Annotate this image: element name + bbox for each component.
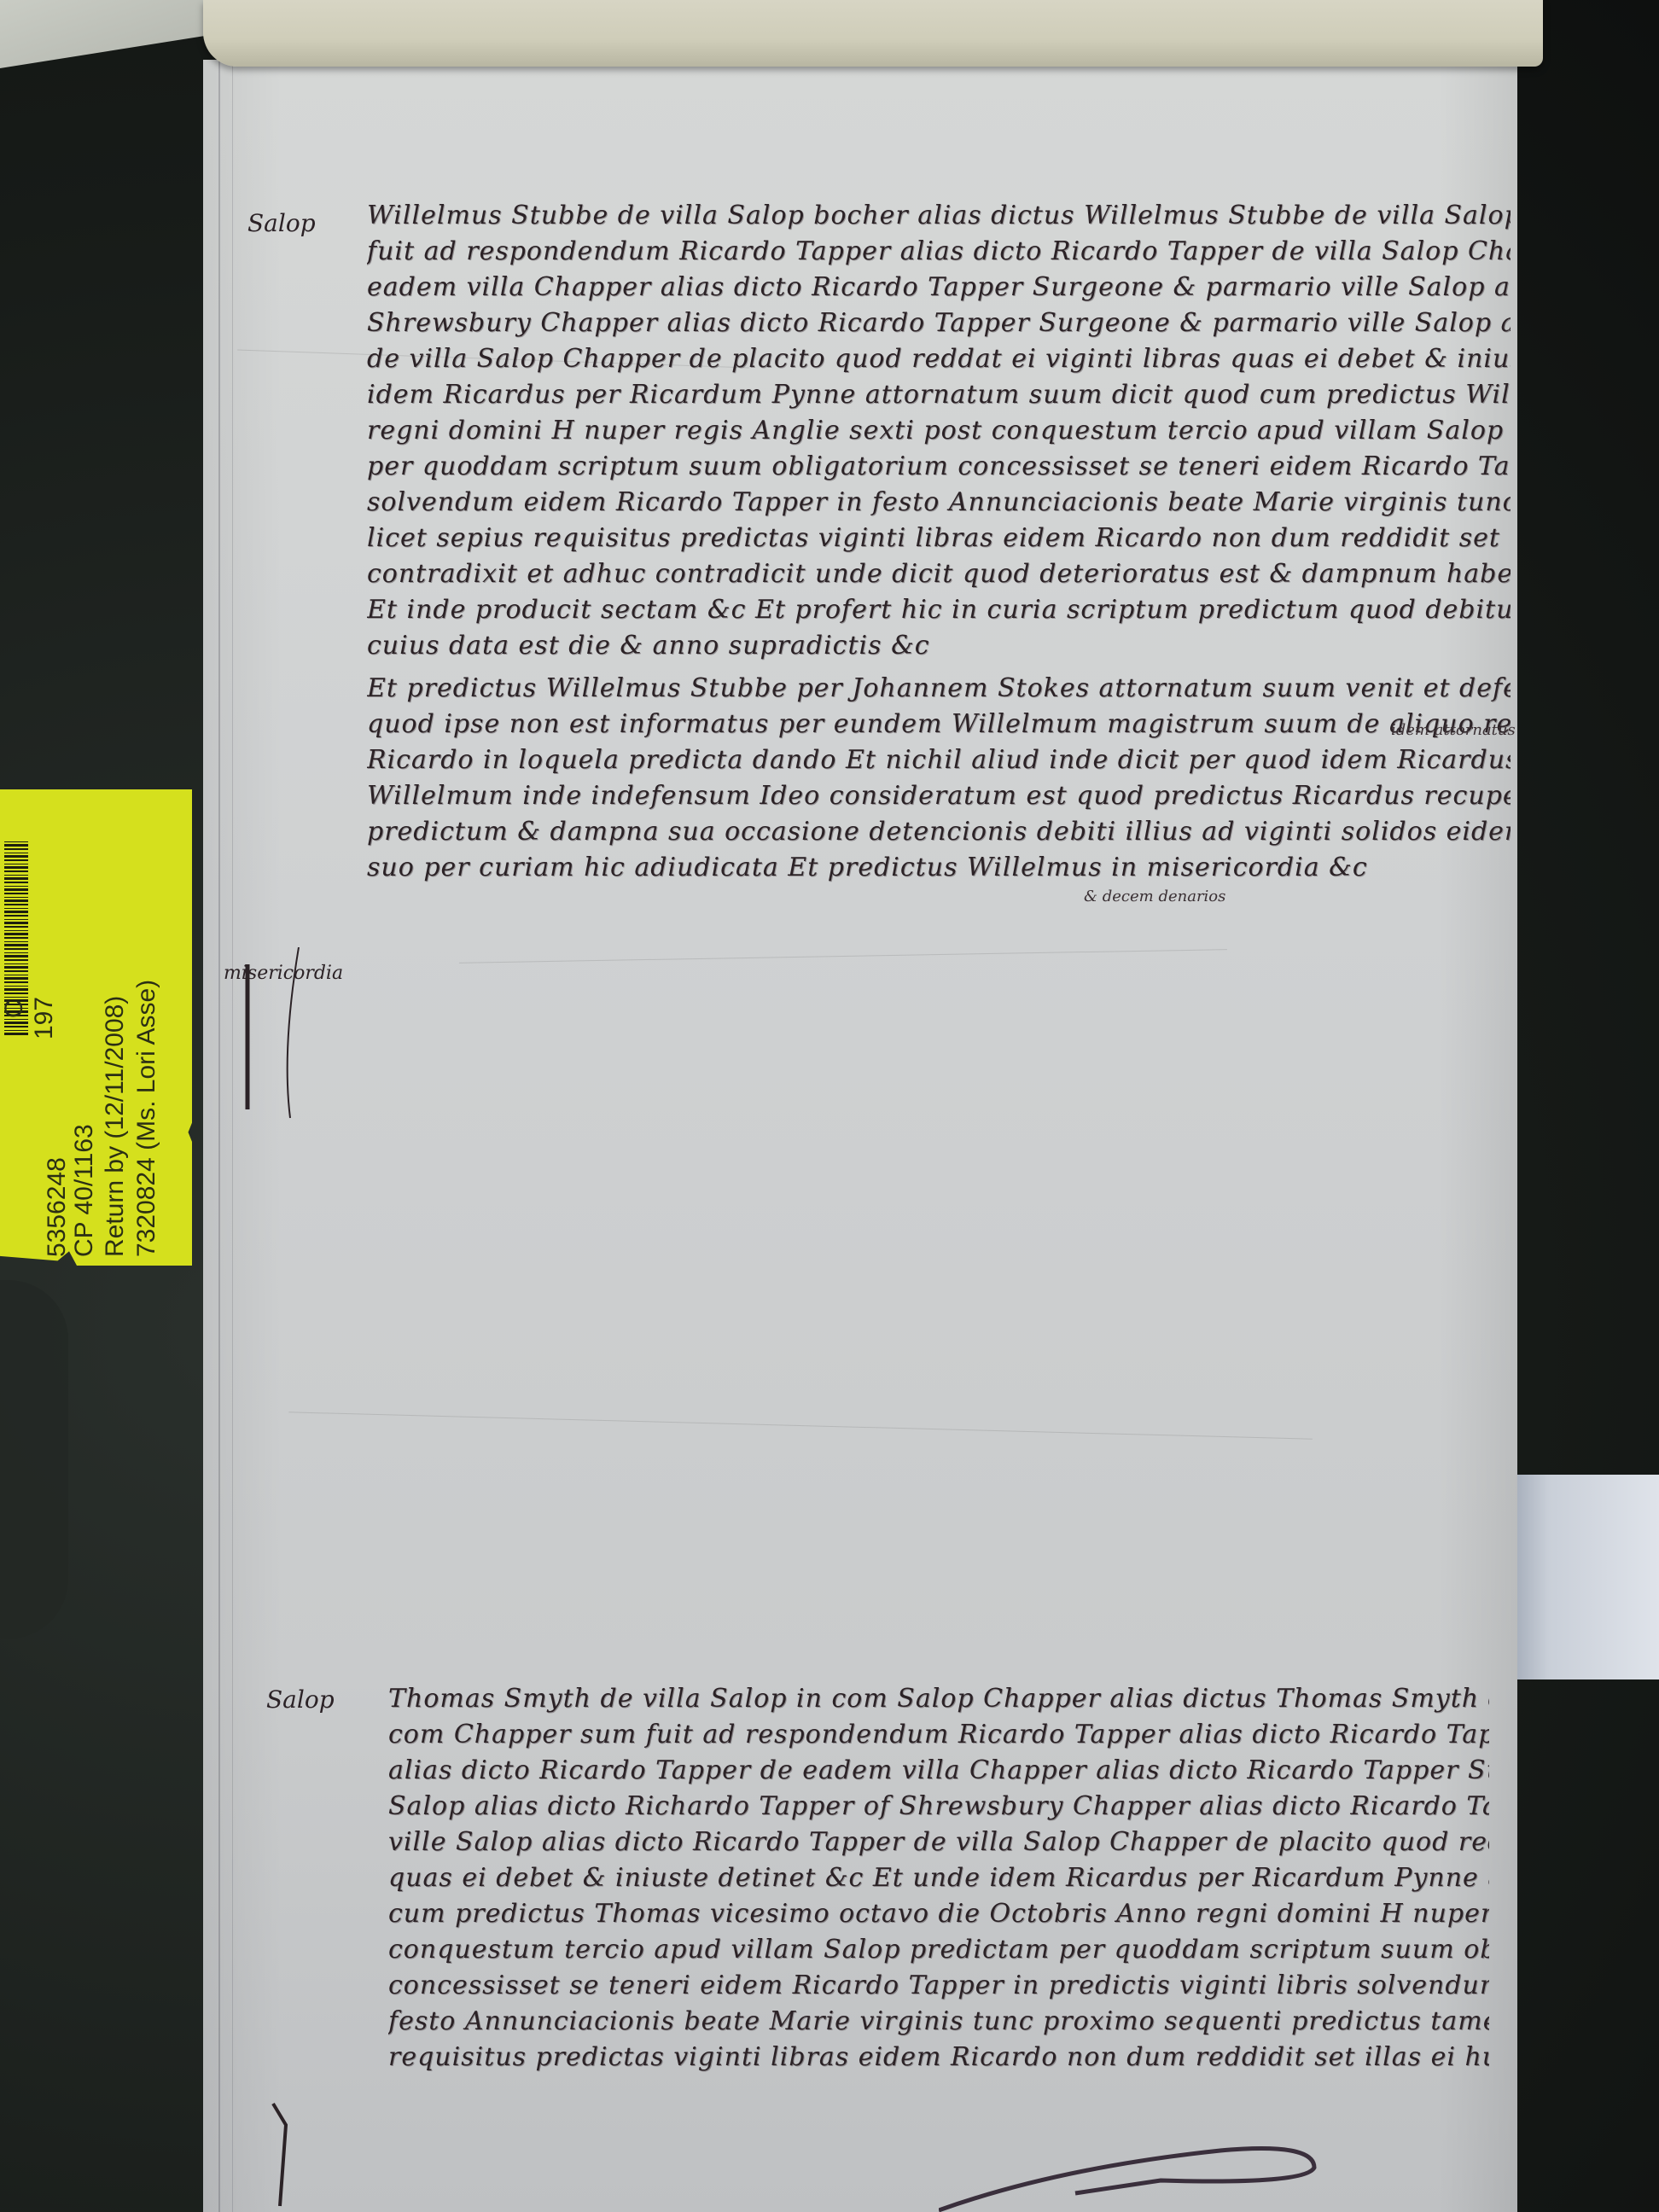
manuscript-line: Ricardo in loquela predicta dando Et nic…	[367, 742, 1511, 778]
parchment-crease	[288, 1412, 1313, 1439]
manuscript-line: Shrewsbury Chapper alias dicto Ricardo T…	[367, 306, 1511, 341]
manuscript-line: contradixit et adhuc contradicit unde di…	[367, 556, 1511, 592]
manuscript-line: Salop alias dicto Richardo Tapper of Shr…	[388, 1789, 1489, 1825]
margin-county-salop: Salop	[266, 1685, 335, 1714]
interlinear-note: idem attornatus	[1391, 721, 1516, 739]
manuscript-line: requisitus predictas viginti libras eide…	[388, 2040, 1489, 2075]
label-letter: C	[0, 999, 29, 1018]
manuscript-line: idem Ricardus per Ricardum Pynne attorna…	[367, 377, 1511, 413]
manuscript-line: licet sepius requisitus predictas vigint…	[367, 521, 1511, 556]
entry-2: Thomas Smyth de villa Salop in com Salop…	[388, 1681, 1489, 2075]
manuscript-line: conquestum tercio apud villam Salop pred…	[388, 1932, 1489, 1968]
manuscript-line: Et predictus Willelmus Stubbe per Johann…	[367, 671, 1511, 707]
manuscript-line: Willelmus Stubbe de villa Salop bocher a…	[367, 198, 1511, 234]
terminal-flourish	[939, 2133, 1331, 2212]
label-reference: CP 40/1163	[70, 1124, 99, 1257]
manuscript-line: suo per curiam hic adiudicata Et predict…	[367, 850, 1511, 886]
manuscript-line: Thomas Smyth de villa Salop in com Salop…	[388, 1681, 1489, 1717]
parchment-crease	[459, 949, 1227, 963]
manuscript-line: Et inde producit sectam &c Et profert hi…	[367, 592, 1511, 628]
manuscript-line: cum predictus Thomas vicesimo octavo die…	[388, 1896, 1489, 1932]
manuscript-line: Willelmum inde indefensum Ideo considera…	[367, 778, 1511, 814]
manuscript-line: fuit ad respondendum Ricardo Tapper alia…	[367, 234, 1511, 270]
manuscript-line: de villa Salop Chapper de placito quod r…	[367, 341, 1511, 377]
rolled-membrane-top	[203, 0, 1543, 67]
manuscript-line: cuius data est die & anno supradictis &c	[367, 628, 1511, 664]
manuscript-line: com Chapper sum fuit ad respondendum Ric…	[388, 1717, 1489, 1753]
label-barcode-number: 5356248	[43, 1157, 72, 1257]
margin-stroke	[230, 947, 333, 1135]
manuscript-line: regni domini H nuper regis Anglie sexti …	[367, 413, 1511, 449]
margin-stroke	[265, 2099, 299, 2210]
entry-1-judgment: Et predictus Willelmus Stubbe per Johann…	[367, 671, 1511, 886]
label-reader: 7320824 (Ms. Lori Asse)	[132, 980, 161, 1257]
label-number: 197	[30, 997, 59, 1039]
manuscript-line: alias dicto Ricardo Tapper de eadem vill…	[388, 1753, 1489, 1789]
interlinear-note: & decem denarios	[1084, 888, 1225, 905]
paper-strip	[1502, 1475, 1659, 1679]
cloth-fold	[0, 1280, 68, 1639]
entry-1: Willelmus Stubbe de villa Salop bocher a…	[367, 198, 1511, 664]
archive-label: C 197 5356248 CP 40/1163 Return by (12/1…	[0, 789, 192, 1266]
margin-county-salop: Salop	[247, 209, 316, 237]
label-return-by: Return by (12/11/2008)	[101, 996, 130, 1257]
manuscript-line: festo Annunciacionis beate Marie virgini…	[388, 2004, 1489, 2040]
manuscript-line: predictum & dampna sua occasione detenci…	[367, 814, 1511, 850]
manuscript-line: eadem villa Chapper alias dicto Ricardo …	[367, 270, 1511, 306]
manuscript-line: ville Salop alias dicto Ricardo Tapper d…	[388, 1825, 1489, 1860]
manuscript-line: per quoddam scriptum suum obligatorium c…	[367, 449, 1511, 485]
manuscript-line: quas ei debet & iniuste detinet &c Et un…	[388, 1860, 1489, 1896]
manuscript-line: quod ipse non est informatus per eundem …	[367, 707, 1511, 742]
manuscript-line: concessisset se teneri eidem Ricardo Tap…	[388, 1968, 1489, 2004]
manuscript-line: solvendum eidem Ricardo Tapper in festo …	[367, 485, 1511, 521]
